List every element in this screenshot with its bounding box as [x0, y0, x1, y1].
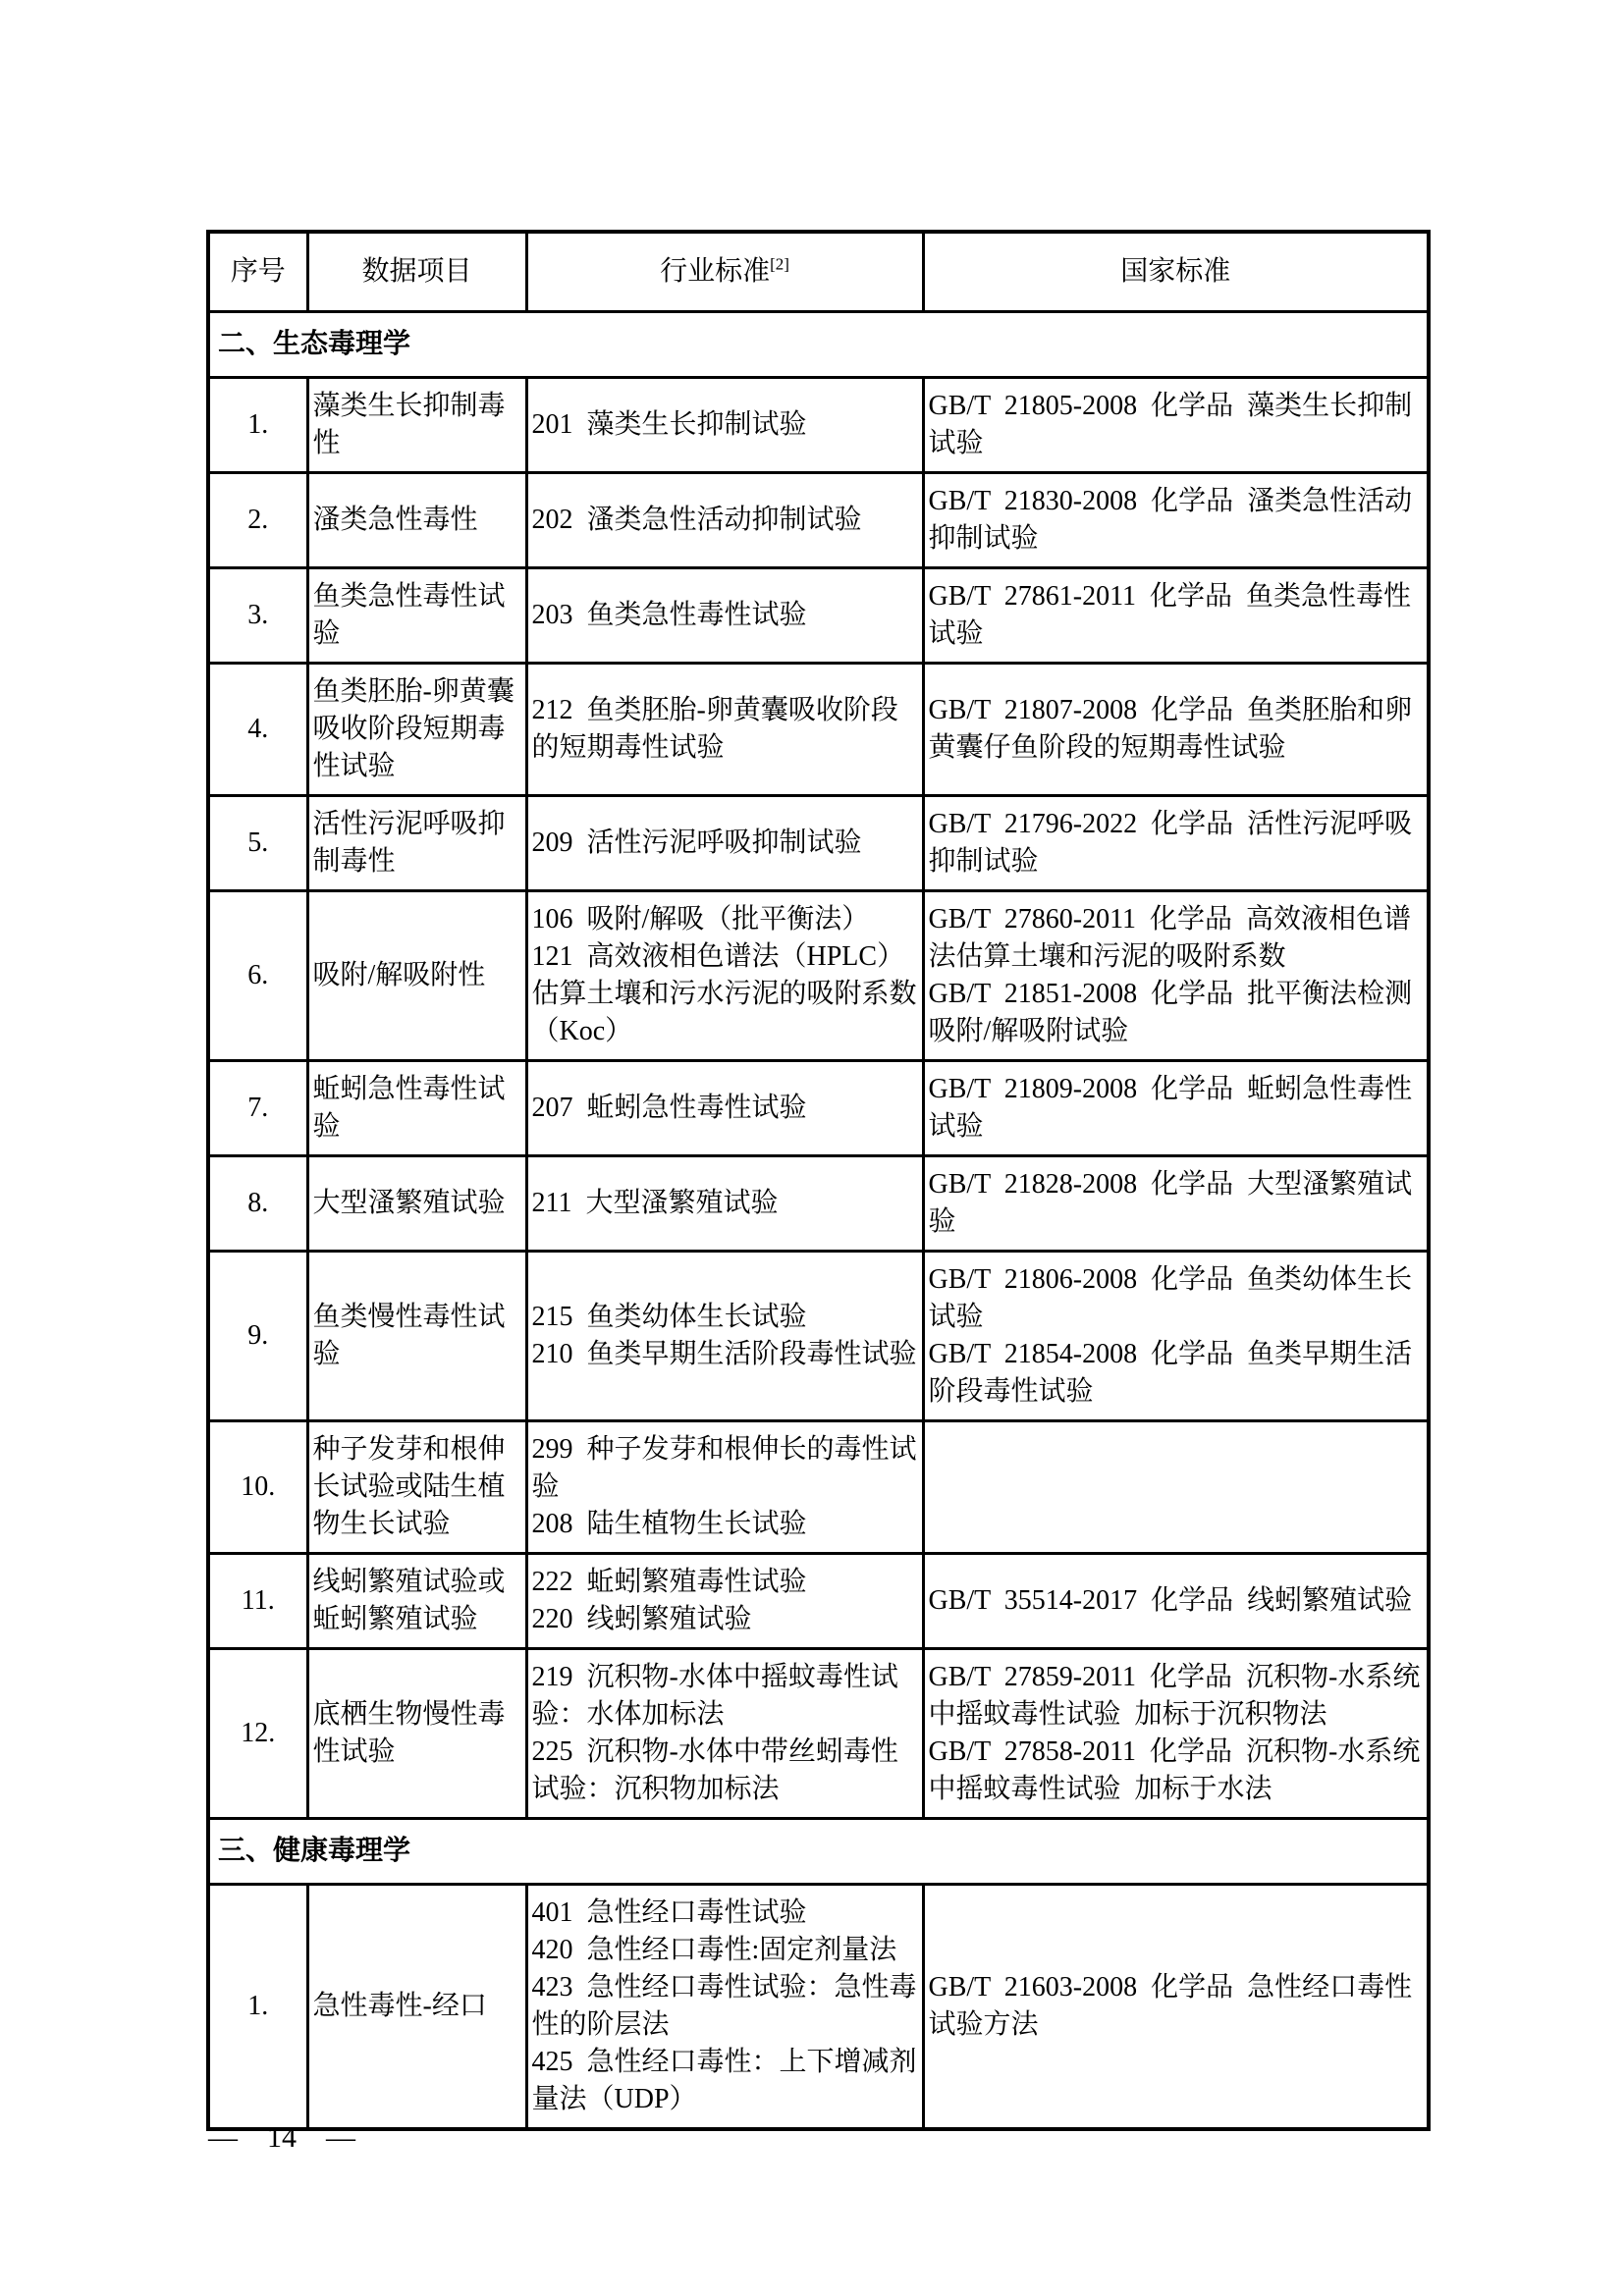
- cell-text-line: 底栖生物慢性毒性试验: [313, 1696, 521, 1771]
- industry-standard-cell: 212 鱼类胚胎-卵黄囊吸收阶段的短期毒性试验: [526, 664, 923, 796]
- data-item-cell: 蚯蚓急性毒性试验: [307, 1061, 526, 1156]
- table-body: 二、生态毒理学1.藻类生长抑制毒性201 藻类生长抑制试验GB/T 21805-…: [208, 312, 1429, 2130]
- row-number-cell: 4.: [208, 664, 307, 796]
- national-standard-cell: GB/T 27859-2011 化学品 沉积物-水系统中摇蚊毒性试验 加标于沉积…: [923, 1649, 1429, 1819]
- national-standard-cell: GB/T 21807-2008 化学品 鱼类胚胎和卵黄囊仔鱼阶段的短期毒性试验: [923, 664, 1429, 796]
- national-standard-cell: GB/T 21603-2008 化学品 急性经口毒性试验方法: [923, 1885, 1429, 2130]
- cell-text-line: 299 种子发芽和根伸长的毒性试验: [532, 1431, 918, 1506]
- row-number-cell: 9.: [208, 1252, 307, 1421]
- cell-text-line: 吸附/解吸附性: [313, 957, 521, 994]
- industry-standard-cell: 207 蚯蚓急性毒性试验: [526, 1061, 923, 1156]
- cell-text-line: GB/T 21807-2008 化学品 鱼类胚胎和卵黄囊仔鱼阶段的短期毒性试验: [929, 692, 1424, 767]
- column-header-national-standard: 国家标准: [923, 232, 1429, 312]
- national-standard-cell: GB/T 21806-2008 化学品 鱼类幼体生长试验GB/T 21854-2…: [923, 1252, 1429, 1421]
- cell-text-line: 藻类生长抑制毒性: [313, 388, 521, 462]
- industry-standard-cell: 209 活性污泥呼吸抑制试验: [526, 796, 923, 891]
- table-row: 6.吸附/解吸附性106 吸附/解吸（批平衡法）121 高效液相色谱法（HPLC…: [208, 891, 1429, 1061]
- industry-standard-label: 行业标准: [660, 256, 770, 287]
- cell-text-line: 12.: [214, 1715, 302, 1752]
- cell-text-line: 106 吸附/解吸（批平衡法）: [532, 901, 918, 938]
- cell-text-line: 121 高效液相色谱法（HPLC）估算土壤和污水污泥的吸附系数（Koc）: [532, 938, 918, 1050]
- row-number-cell: 1.: [208, 1885, 307, 2130]
- column-header-data-item: 数据项目: [307, 232, 526, 312]
- cell-text-line: 222 蚯蚓繁殖毒性试验: [532, 1564, 918, 1601]
- cell-text-line: 215 鱼类幼体生长试验: [532, 1299, 918, 1336]
- cell-text-line: 203 鱼类急性毒性试验: [532, 597, 918, 634]
- data-item-cell: 溞类急性毒性: [307, 473, 526, 568]
- industry-standard-cell: 202 溞类急性活动抑制试验: [526, 473, 923, 568]
- industry-standard-cell: 211 大型溞繁殖试验: [526, 1156, 923, 1252]
- row-number-cell: 6.: [208, 891, 307, 1061]
- data-item-cell: 鱼类胚胎-卵黄囊吸收阶段短期毒性试验: [307, 664, 526, 796]
- cell-text-line: GB/T 21854-2008 化学品 鱼类早期生活阶段毒性试验: [929, 1336, 1424, 1411]
- cell-text-line: 420 急性经口毒性:固定剂量法: [532, 1932, 918, 1969]
- cell-text-line: 急性毒性-经口: [313, 1988, 521, 2025]
- cell-text-line: GB/T 21805-2008 化学品 藻类生长抑制试验: [929, 388, 1424, 462]
- cell-text-line: 1.: [214, 406, 302, 444]
- cell-text-line: 3.: [214, 597, 302, 634]
- data-item-cell: 藻类生长抑制毒性: [307, 378, 526, 473]
- table-row: 10.种子发芽和根伸长试验或陆生植物生长试验299 种子发芽和根伸长的毒性试验2…: [208, 1421, 1429, 1554]
- cell-text-line: 8.: [214, 1185, 302, 1222]
- national-standard-cell: [923, 1421, 1429, 1554]
- cell-text-line: GB/T 21830-2008 化学品 溞类急性活动抑制试验: [929, 483, 1424, 558]
- industry-standard-cell: 201 藻类生长抑制试验: [526, 378, 923, 473]
- industry-standard-cell: 401 急性经口毒性试验420 急性经口毒性:固定剂量法423 急性经口毒性试验…: [526, 1885, 923, 2130]
- cell-text-line: 4.: [214, 711, 302, 748]
- national-standard-cell: GB/T 27861-2011 化学品 鱼类急性毒性试验: [923, 568, 1429, 664]
- national-standard-cell: GB/T 21830-2008 化学品 溞类急性活动抑制试验: [923, 473, 1429, 568]
- table-row: 8.大型溞繁殖试验211 大型溞繁殖试验GB/T 21828-2008 化学品 …: [208, 1156, 1429, 1252]
- cell-text-line: GB/T 27858-2011 化学品 沉积物-水系统中摇蚊毒性试验 加标于水法: [929, 1734, 1424, 1808]
- cell-text-line: 线蚓繁殖试验或蚯蚓繁殖试验: [313, 1564, 521, 1638]
- column-header-industry-standard: 行业标准[2]: [526, 232, 923, 312]
- cell-text-line: 425 急性经口毒性：上下增减剂量法（UDP）: [532, 2044, 918, 2118]
- cell-text-line: 蚯蚓急性毒性试验: [313, 1071, 521, 1146]
- cell-text-line: GB/T 35514-2017 化学品 线蚓繁殖试验: [929, 1582, 1424, 1620]
- cell-text-line: 1.: [214, 1988, 302, 2025]
- column-header-no: 序号: [208, 232, 307, 312]
- cell-text-line: 401 急性经口毒性试验: [532, 1895, 918, 1932]
- data-item-cell: 底栖生物慢性毒性试验: [307, 1649, 526, 1819]
- cell-text-line: GB/T 21603-2008 化学品 急性经口毒性试验方法: [929, 1969, 1424, 2044]
- cell-text-line: 种子发芽和根伸长试验或陆生植物生长试验: [313, 1431, 521, 1543]
- cell-text-line: 11.: [214, 1582, 302, 1620]
- document-page: 序号 数据项目 行业标准[2] 国家标准 二、生态毒理学1.藻类生长抑制毒性20…: [0, 0, 1624, 2296]
- cell-text-line: 211 大型溞繁殖试验: [532, 1185, 918, 1222]
- row-number-cell: 1.: [208, 378, 307, 473]
- table-row: 11.线蚓繁殖试验或蚯蚓繁殖试验222 蚯蚓繁殖毒性试验220 线蚓繁殖试验GB…: [208, 1554, 1429, 1649]
- cell-text-line: 活性污泥呼吸抑制毒性: [313, 806, 521, 881]
- cell-text-line: 鱼类慢性毒性试验: [313, 1299, 521, 1373]
- row-number-cell: 11.: [208, 1554, 307, 1649]
- cell-text-line: GB/T 27860-2011 化学品 高效液相色谱法估算土壤和污泥的吸附系数: [929, 901, 1424, 976]
- table-row: 1.藻类生长抑制毒性201 藻类生长抑制试验GB/T 21805-2008 化学…: [208, 378, 1429, 473]
- cell-text-line: 6.: [214, 957, 302, 994]
- data-item-cell: 活性污泥呼吸抑制毒性: [307, 796, 526, 891]
- data-item-cell: 线蚓繁殖试验或蚯蚓繁殖试验: [307, 1554, 526, 1649]
- table-row: 3.鱼类急性毒性试验203 鱼类急性毒性试验GB/T 27861-2011 化学…: [208, 568, 1429, 664]
- data-item-cell: 鱼类慢性毒性试验: [307, 1252, 526, 1421]
- industry-standard-cell: 222 蚯蚓繁殖毒性试验220 线蚓繁殖试验: [526, 1554, 923, 1649]
- page-number: — 14 —: [208, 2118, 355, 2158]
- cell-text-line: 大型溞繁殖试验: [313, 1185, 521, 1222]
- cell-text-line: GB/T 21851-2008 化学品 批平衡法检测吸附/解吸附试验: [929, 976, 1424, 1050]
- cell-text-line: 9.: [214, 1317, 302, 1355]
- cell-text-line: 鱼类胚胎-卵黄囊吸收阶段短期毒性试验: [313, 673, 521, 785]
- data-item-cell: 吸附/解吸附性: [307, 891, 526, 1061]
- row-number-cell: 2.: [208, 473, 307, 568]
- cell-text-line: GB/T 21806-2008 化学品 鱼类幼体生长试验: [929, 1261, 1424, 1336]
- cell-text-line: 7.: [214, 1090, 302, 1127]
- table-row: 1.急性毒性-经口401 急性经口毒性试验420 急性经口毒性:固定剂量法423…: [208, 1885, 1429, 2130]
- row-number-cell: 5.: [208, 796, 307, 891]
- national-standard-cell: GB/T 35514-2017 化学品 线蚓繁殖试验: [923, 1554, 1429, 1649]
- cell-text-line: 2.: [214, 502, 302, 539]
- data-item-cell: 鱼类急性毒性试验: [307, 568, 526, 664]
- cell-text-line: 208 陆生植物生长试验: [532, 1506, 918, 1543]
- standards-table: 序号 数据项目 行业标准[2] 国家标准 二、生态毒理学1.藻类生长抑制毒性20…: [206, 230, 1431, 2131]
- cell-text-line: GB/T 27861-2011 化学品 鱼类急性毒性试验: [929, 578, 1424, 653]
- table-row: 12.底栖生物慢性毒性试验219 沉积物-水体中摇蚊毒性试验：水体加标法225 …: [208, 1649, 1429, 1819]
- national-standard-cell: GB/T 21796-2022 化学品 活性污泥呼吸抑制试验: [923, 796, 1429, 891]
- row-number-cell: 10.: [208, 1421, 307, 1554]
- table-row: 7.蚯蚓急性毒性试验207 蚯蚓急性毒性试验GB/T 21809-2008 化学…: [208, 1061, 1429, 1156]
- cell-text-line: 10.: [214, 1468, 302, 1506]
- industry-standard-cell: 106 吸附/解吸（批平衡法）121 高效液相色谱法（HPLC）估算土壤和污水污…: [526, 891, 923, 1061]
- row-number-cell: 7.: [208, 1061, 307, 1156]
- national-standard-cell: GB/T 27860-2011 化学品 高效液相色谱法估算土壤和污泥的吸附系数G…: [923, 891, 1429, 1061]
- cell-text-line: 201 藻类生长抑制试验: [532, 406, 918, 444]
- row-number-cell: 3.: [208, 568, 307, 664]
- national-standard-cell: GB/T 21828-2008 化学品 大型溞繁殖试验: [923, 1156, 1429, 1252]
- data-item-cell: 急性毒性-经口: [307, 1885, 526, 2130]
- cell-text-line: 鱼类急性毒性试验: [313, 578, 521, 653]
- cell-text-line: GB/T 21828-2008 化学品 大型溞繁殖试验: [929, 1166, 1424, 1241]
- cell-text-line: 220 线蚓繁殖试验: [532, 1601, 918, 1638]
- section-title: 二、生态毒理学: [208, 312, 1429, 378]
- industry-standard-cell: 203 鱼类急性毒性试验: [526, 568, 923, 664]
- industry-standard-cell: 219 沉积物-水体中摇蚊毒性试验：水体加标法225 沉积物-水体中带丝蚓毒性试…: [526, 1649, 923, 1819]
- cell-text-line: 207 蚯蚓急性毒性试验: [532, 1090, 918, 1127]
- cell-text-line: 202 溞类急性活动抑制试验: [532, 502, 918, 539]
- cell-text-line: 210 鱼类早期生活阶段毒性试验: [532, 1336, 918, 1373]
- table-row: 5.活性污泥呼吸抑制毒性209 活性污泥呼吸抑制试验GB/T 21796-202…: [208, 796, 1429, 891]
- row-number-cell: 8.: [208, 1156, 307, 1252]
- table-row: 4.鱼类胚胎-卵黄囊吸收阶段短期毒性试验212 鱼类胚胎-卵黄囊吸收阶段的短期毒…: [208, 664, 1429, 796]
- section-title: 三、健康毒理学: [208, 1819, 1429, 1885]
- cell-text-line: 212 鱼类胚胎-卵黄囊吸收阶段的短期毒性试验: [532, 692, 918, 767]
- cell-text-line: GB/T 21809-2008 化学品 蚯蚓急性毒性试验: [929, 1071, 1424, 1146]
- cell-text-line: 423 急性经口毒性试验：急性毒性的阶层法: [532, 1969, 918, 2044]
- table-row: 9.鱼类慢性毒性试验215 鱼类幼体生长试验210 鱼类早期生活阶段毒性试验GB…: [208, 1252, 1429, 1421]
- cell-text-line: 溞类急性毒性: [313, 502, 521, 539]
- section-row: 三、健康毒理学: [208, 1819, 1429, 1885]
- table-row: 2.溞类急性毒性202 溞类急性活动抑制试验GB/T 21830-2008 化学…: [208, 473, 1429, 568]
- cell-text-line: GB/T 21796-2022 化学品 活性污泥呼吸抑制试验: [929, 806, 1424, 881]
- cell-text-line: 209 活性污泥呼吸抑制试验: [532, 825, 918, 862]
- industry-standard-cell: 299 种子发芽和根伸长的毒性试验208 陆生植物生长试验: [526, 1421, 923, 1554]
- data-item-cell: 种子发芽和根伸长试验或陆生植物生长试验: [307, 1421, 526, 1554]
- national-standard-cell: GB/T 21809-2008 化学品 蚯蚓急性毒性试验: [923, 1061, 1429, 1156]
- data-item-cell: 大型溞繁殖试验: [307, 1156, 526, 1252]
- cell-text-line: 219 沉积物-水体中摇蚊毒性试验：水体加标法: [532, 1659, 918, 1734]
- national-standard-cell: GB/T 21805-2008 化学品 藻类生长抑制试验: [923, 378, 1429, 473]
- footnote-reference: [2]: [770, 255, 789, 274]
- section-row: 二、生态毒理学: [208, 312, 1429, 378]
- industry-standard-cell: 215 鱼类幼体生长试验210 鱼类早期生活阶段毒性试验: [526, 1252, 923, 1421]
- cell-text-line: 225 沉积物-水体中带丝蚓毒性试验：沉积物加标法: [532, 1734, 918, 1808]
- cell-text-line: GB/T 27859-2011 化学品 沉积物-水系统中摇蚊毒性试验 加标于沉积…: [929, 1659, 1424, 1734]
- row-number-cell: 12.: [208, 1649, 307, 1819]
- header-row: 序号 数据项目 行业标准[2] 国家标准: [208, 232, 1429, 312]
- cell-text-line: 5.: [214, 825, 302, 862]
